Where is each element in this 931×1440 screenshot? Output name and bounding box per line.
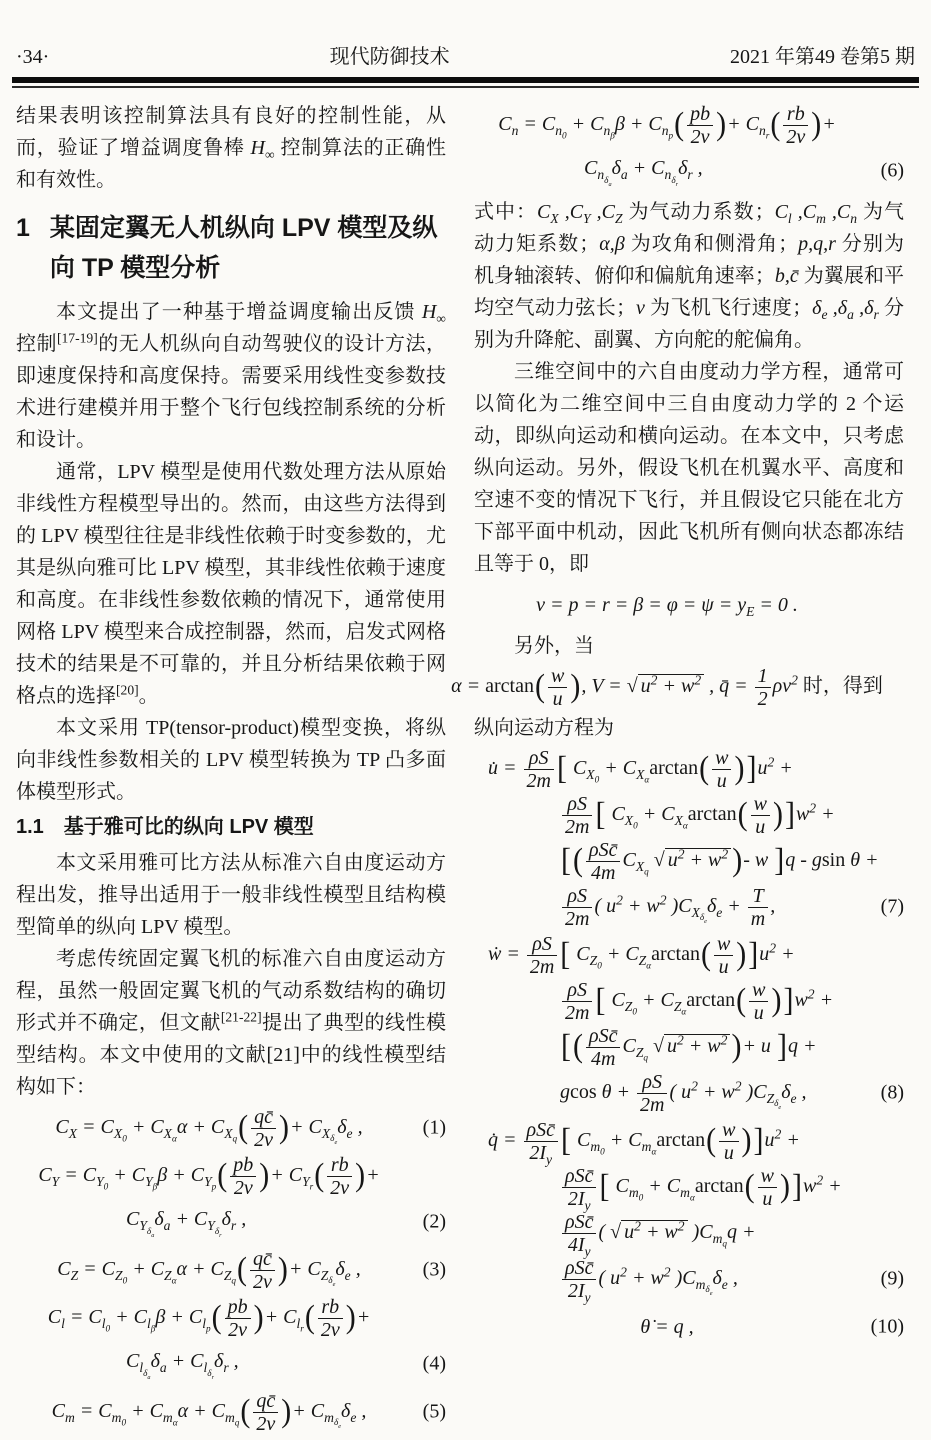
page-header: ·34· 现代防御技术 2021 年第49 卷第5 期 bbox=[0, 0, 931, 77]
section-1-title: 某固定翼无人机纵向 LPV 模型及纵向 TP 模型分析 bbox=[50, 208, 446, 288]
header-rule-thick bbox=[12, 77, 919, 83]
equation-2-number: (2) bbox=[423, 1211, 446, 1234]
equation-10: θ̇ = q ,(10) bbox=[474, 1304, 860, 1350]
section-1-1-heading: 1.1 基于雅可比的纵向 LPV 模型 bbox=[16, 811, 446, 844]
equation-6: Cn = Cn0 + Cnββ + Cnp(pb2v)+ Cnr(rb2v)+ … bbox=[474, 102, 860, 194]
paragraph-method-intro: 本文提出了一种基于增益调度输出反馈 H∞ 控制[17-19]的无人机纵向自动驾驶… bbox=[16, 296, 446, 456]
equation-9-number: (9) bbox=[881, 1268, 904, 1291]
equation-7-line-3: [(ρSc̄4mCXq √u2 + w2)- w ]q - gsin θ + bbox=[560, 839, 879, 884]
equation-5: Cm = Cm0 + Cmαα + Cmq(qc̄2v)+ Cmδeδe ,(5… bbox=[16, 1389, 402, 1435]
paragraph-also-when: 另外，当 bbox=[474, 630, 904, 662]
equation-8-number: (8) bbox=[881, 1082, 904, 1105]
equation-6-number: (6) bbox=[881, 160, 904, 183]
section-1-number: 1 bbox=[16, 208, 30, 288]
alpha-definition-body: α = arctan(wu), V = √u2 + w2 , q̄ = 12ρv… bbox=[451, 665, 883, 710]
equation-8-line-3: [(ρSc̄4mCZq √u2 + w2)+ u ]q + bbox=[560, 1025, 816, 1070]
equation-9: q̇ = ρSc̄2Iy[ Cm0 + Cmαarctan(wu)]u2 + ρ… bbox=[474, 1118, 860, 1302]
equation-7-number: (7) bbox=[881, 896, 904, 919]
equation-9-line-3: ρSc̄4Iy( √u2 + w2 )Cmqq + bbox=[560, 1211, 756, 1256]
equation-9-line-2: ρSc̄2Iy[ Cm0 + Cmαarctan(wu)]w2 + bbox=[560, 1165, 842, 1210]
equation-lateral-states: v = p = r = β = φ = ψ = yE = 0 . bbox=[474, 582, 860, 628]
equation-2: CY = CY0 + CYββ + CYp(pb2v)+ CYr(rb2v)+ … bbox=[16, 1153, 402, 1245]
paragraph-jacobian-method: 本文采用雅可比方法从标准六自由度运动方程出发，推导出适用于一般非线性模型且结构模… bbox=[16, 847, 446, 943]
body-columns: 结果表明该控制算法具有良好的控制性能，从而，验证了增益调度鲁棒 H∞ 控制算法的… bbox=[0, 88, 931, 1437]
left-column: 结果表明该控制算法具有良好的控制性能，从而，验证了增益调度鲁棒 H∞ 控制算法的… bbox=[16, 100, 446, 1437]
equation-5-body: Cm = Cm0 + Cmαα + Cmq(qc̄2v)+ Cmδeδe , bbox=[52, 1390, 367, 1435]
issue-info: 2021 年第49 卷第5 期 bbox=[730, 40, 915, 69]
equation-9-line-4: ρSc̄2Iy( u2 + w2 )Cmδeδe , bbox=[560, 1257, 738, 1302]
equation-8-line-2: ρS2m[ CZ0 + CZαarctan(wu)]w2 + bbox=[560, 979, 833, 1024]
equation-3: CZ = CZ0 + CZαα + CZq(qc̄2v)+ CZδeδe ,(3… bbox=[16, 1247, 402, 1293]
paper-page: ·34· 现代防御技术 2021 年第49 卷第5 期 结果表明该控制算法具有良… bbox=[0, 0, 931, 1440]
equation-alpha-definition: α = arctan(wu), V = √u2 + w2 , q̄ = 12ρv… bbox=[474, 664, 860, 710]
equation-3-body: CZ = CZ0 + CZαα + CZq(qc̄2v)+ CZδeδe , bbox=[57, 1248, 360, 1293]
equation-7-line-1: u̇ = ρS2m[ CX0 + CXαarctan(wu)]u2 + bbox=[488, 747, 793, 792]
section-1-heading: 1 某固定翼无人机纵向 LPV 模型及纵向 TP 模型分析 bbox=[16, 208, 446, 288]
equation-1-number: (1) bbox=[423, 1117, 446, 1140]
equation-1: CX = CX0 + CXαα + CXq(qc̄2v)+ CXδeδe ,(1… bbox=[16, 1105, 402, 1151]
journal-title: 现代防御技术 bbox=[330, 40, 450, 69]
equation-6-body: Cn = Cn0 + Cnββ + Cnp(pb2v)+ Cnr(rb2v)+ bbox=[498, 103, 836, 148]
paragraph-model-structure: 考虑传统固定翼飞机的标准六自由度运动方程，虽然一般固定翼飞机的气动系数结构的确切… bbox=[16, 943, 446, 1103]
equation-4-body: Cl = Cl0 + Clββ + Clp(pb2v)+ Clr(rb2v)+ bbox=[48, 1296, 370, 1341]
paragraph-lpv-background: 通常，LPV 模型是使用代数处理方法从原始非线性方程模型导出的。然而，由这些方法… bbox=[16, 456, 446, 712]
equation-2-body-cont: CYδaδa + CYδrδr , bbox=[126, 1208, 246, 1236]
equation-10-number: (10) bbox=[871, 1316, 904, 1339]
equation-5-number: (5) bbox=[423, 1401, 446, 1424]
right-column: Cn = Cn0 + Cnββ + Cnp(pb2v)+ Cnr(rb2v)+ … bbox=[474, 100, 904, 1437]
paragraph-conclusion: 结果表明该控制算法具有良好的控制性能，从而，验证了增益调度鲁棒 H∞ 控制算法的… bbox=[16, 100, 446, 196]
equation-8: ẇ = ρS2m[ CZ0 + CZαarctan(wu)]u2 + ρS2m… bbox=[474, 932, 860, 1116]
equation-4: Cl = Cl0 + Clββ + Clp(pb2v)+ Clr(rb2v)+ … bbox=[16, 1295, 402, 1387]
equation-4-body-cont: Clδaδa + Clδrδr , bbox=[126, 1350, 239, 1378]
equation-9-line-1: q̇ = ρSc̄2Iy[ Cm0 + Cmαarctan(wu)]u2 + bbox=[488, 1119, 800, 1164]
equation-10-body: θ̇ = q , bbox=[640, 1316, 693, 1339]
page-number: ·34· bbox=[16, 46, 49, 69]
paragraph-symbol-definitions: 式中：CX ,CY ,CZ 为气动力系数；Cl ,Cm ,Cn 为气动力矩系数；… bbox=[474, 196, 904, 356]
equation-6-body-cont: Cnδaδa + Cnδrδr , bbox=[584, 157, 703, 185]
equation-2-body: CY = CY0 + CYββ + CYp(pb2v)+ CYr(rb2v)+ bbox=[38, 1154, 379, 1199]
equation-4-number: (4) bbox=[423, 1353, 446, 1376]
paragraph-longitudinal-intro: 纵向运动方程为 bbox=[474, 712, 904, 744]
paragraph-tp-transform: 本文采用 TP(tensor-product)模型变换，将纵向非线性参数相关的 … bbox=[16, 712, 446, 808]
equation-7-line-2: ρS2m[ CX0 + CXαarctan(wu)]w2 + bbox=[560, 793, 835, 838]
equation-7: u̇ = ρS2m[ CX0 + CXαarctan(wu)]u2 + ρS2m… bbox=[474, 746, 860, 930]
equation-1-body: CX = CX0 + CXαα + CXq(qc̄2v)+ CXδeδe , bbox=[55, 1106, 362, 1151]
equation-3-number: (3) bbox=[423, 1259, 446, 1282]
equation-8-line-1: ẇ = ρS2m[ CZ0 + CZαarctan(wu)]u2 + bbox=[488, 933, 795, 978]
equation-7-line-4: ρS2m( u2 + w2 )CXδeδe + Tm, bbox=[560, 885, 775, 930]
lateral-states-body: v = p = r = β = φ = ψ = yE = 0 . bbox=[536, 594, 798, 617]
paragraph-3dof: 三维空间中的六自由度动力学方程，通常可以简化为二维空间中三自由度动力学的 2 个… bbox=[474, 356, 904, 580]
equation-8-line-4: gcos θ + ρS2m( u2 + w2 )CZδeδe , bbox=[560, 1071, 807, 1116]
